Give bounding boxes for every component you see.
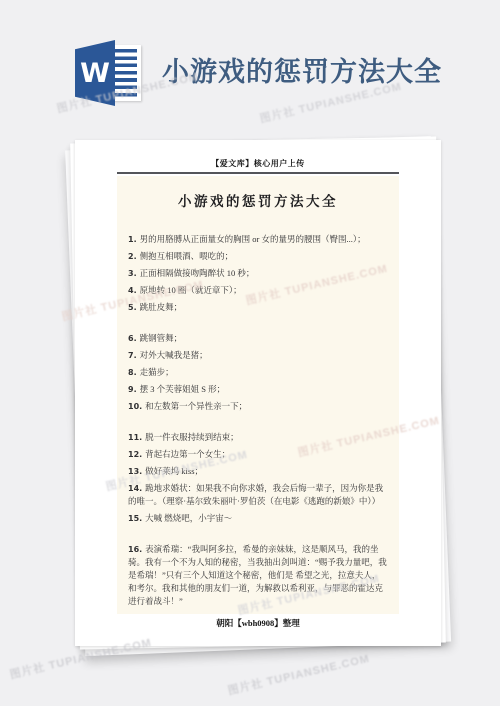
item-text: 男的用胳膊从正面量女的胸围 or 女的量男的腰围（臀围...）； [140, 234, 366, 244]
list-item: 16.表演希瑞：“我叫阿多拉，希曼的亲妹妹，这是顺风马，我的坐骑。我有一个不为人… [128, 543, 388, 608]
item-text: 侧抱互相喂酒、喂吃的； [140, 251, 234, 261]
item-text: 原地转 10 圈（就近章下）； [140, 285, 242, 295]
document-footer: 朝阳【wbh0908】整理 [128, 617, 388, 629]
item-text: 对外大喊我是猪； [140, 350, 208, 360]
item-text: 跪地求婚状：如果我不向你求婚，我会后悔一辈子，因为你是我的唯一。（理察·基尔致朱… [128, 483, 383, 506]
list-item: 7.对外大喊我是猪； [128, 349, 388, 362]
list-group: 1.男的用胳膊从正面量女的胸围 or 女的量男的腰围（臀围...）；2.侧抱互相… [128, 233, 388, 314]
list-item: 11.脱一件衣服持续到结束； [128, 431, 388, 444]
list-item: 6.跳钢管舞； [128, 332, 388, 345]
upload-note: 【爱文库】核心用户上传 [75, 158, 441, 169]
item-number: 5. [128, 303, 137, 312]
item-number: 10. [128, 402, 142, 411]
word-letter: W [80, 58, 110, 89]
document-preview[interactable]: 【爱文库】核心用户上传 小游戏的惩罚方法大全 1.男的用胳膊从正面量女的胸围 o… [75, 140, 441, 646]
site-header: W 小游戏的惩罚方法大全 [0, 0, 500, 130]
list-item: 12.背起右边第一个女生； [128, 448, 388, 461]
item-text: 和左数第一个异性亲一下； [145, 401, 247, 411]
list-item: 1.男的用胳膊从正面量女的胸围 or 女的量男的腰围（臀围...）； [128, 233, 388, 246]
page-title: 小游戏的惩罚方法大全 [162, 50, 442, 89]
document-body: 小游戏的惩罚方法大全 1.男的用胳膊从正面量女的胸围 or 女的量男的腰围（臀围… [117, 176, 399, 614]
item-text: 大喊 燃烧吧，小宇宙～ [145, 513, 232, 523]
item-text: 跳肚皮舞； [140, 302, 183, 312]
list-group: 16.表演希瑞：“我叫阿多拉，希曼的亲妹妹，这是顺风马，我的坐骑。我有一个不为人… [128, 543, 388, 608]
list-group: 11.脱一件衣服持续到结束；12.背起右边第一个女生；13.做好莱坞 kiss；… [128, 431, 388, 525]
item-text: 做好莱坞 kiss； [145, 466, 203, 476]
header-divider [117, 172, 399, 174]
item-number: 15. [128, 514, 142, 523]
item-number: 4. [128, 286, 137, 295]
list-item: 14.跪地求婚状：如果我不向你求婚，我会后悔一辈子，因为你是我的唯一。（理察·基… [128, 482, 388, 508]
item-text: 背起右边第一个女生； [145, 449, 230, 459]
item-number: 14. [128, 484, 142, 493]
list-item: 13.做好莱坞 kiss； [128, 465, 388, 478]
list-group: 6.跳钢管舞；7.对外大喊我是猪；8.走猫步；9.摆 3 个芙蓉姐姐 S 形；1… [128, 332, 388, 413]
item-number: 6. [128, 334, 137, 343]
item-text: 脱一件衣服持续到结束； [145, 432, 239, 442]
item-number: 2. [128, 252, 137, 261]
item-number: 13. [128, 467, 142, 476]
list-item: 4.原地转 10 圈（就近章下）； [128, 284, 388, 297]
list-item: 8.走猫步； [128, 366, 388, 379]
punishment-list: 1.男的用胳膊从正面量女的胸围 or 女的量男的腰围（臀围...）；2.侧抱互相… [128, 233, 388, 608]
list-item: 15.大喊 燃烧吧，小宇宙～ [128, 512, 388, 525]
item-text: 跳钢管舞； [140, 333, 183, 343]
item-text: 正面相隔做接吻陶醉状 10 秒； [140, 268, 255, 278]
list-item: 5.跳肚皮舞； [128, 301, 388, 314]
item-number: 7. [128, 351, 137, 360]
word-letter-icon: W [75, 40, 115, 106]
list-item: 10.和左数第一个异性亲一下； [128, 400, 388, 413]
word-document-lines-icon [111, 45, 141, 101]
item-number: 16. [128, 545, 142, 554]
list-item: 2.侧抱互相喂酒、喂吃的； [128, 250, 388, 263]
document-page: 【爱文库】核心用户上传 小游戏的惩罚方法大全 1.男的用胳膊从正面量女的胸围 o… [75, 140, 441, 646]
item-number: 12. [128, 450, 142, 459]
item-number: 8. [128, 368, 137, 377]
item-number: 11. [128, 433, 142, 442]
item-text: 摆 3 个芙蓉姐姐 S 形； [140, 384, 225, 394]
document-title: 小游戏的惩罚方法大全 [128, 176, 388, 210]
item-number: 3. [128, 269, 137, 278]
word-file-icon: W [75, 40, 143, 106]
list-item: 9.摆 3 个芙蓉姐姐 S 形； [128, 383, 388, 396]
item-number: 1. [128, 235, 137, 244]
list-item: 3.正面相隔做接吻陶醉状 10 秒； [128, 267, 388, 280]
item-text: 表演希瑞：“我叫阿多拉，希曼的亲妹妹，这是顺风马，我的坐骑。我有一个不为人知的秘… [128, 544, 387, 606]
item-text: 走猫步； [140, 367, 174, 377]
item-number: 9. [128, 385, 137, 394]
watermark-text: 图片社 TUPIANSHE.COM [226, 650, 371, 698]
